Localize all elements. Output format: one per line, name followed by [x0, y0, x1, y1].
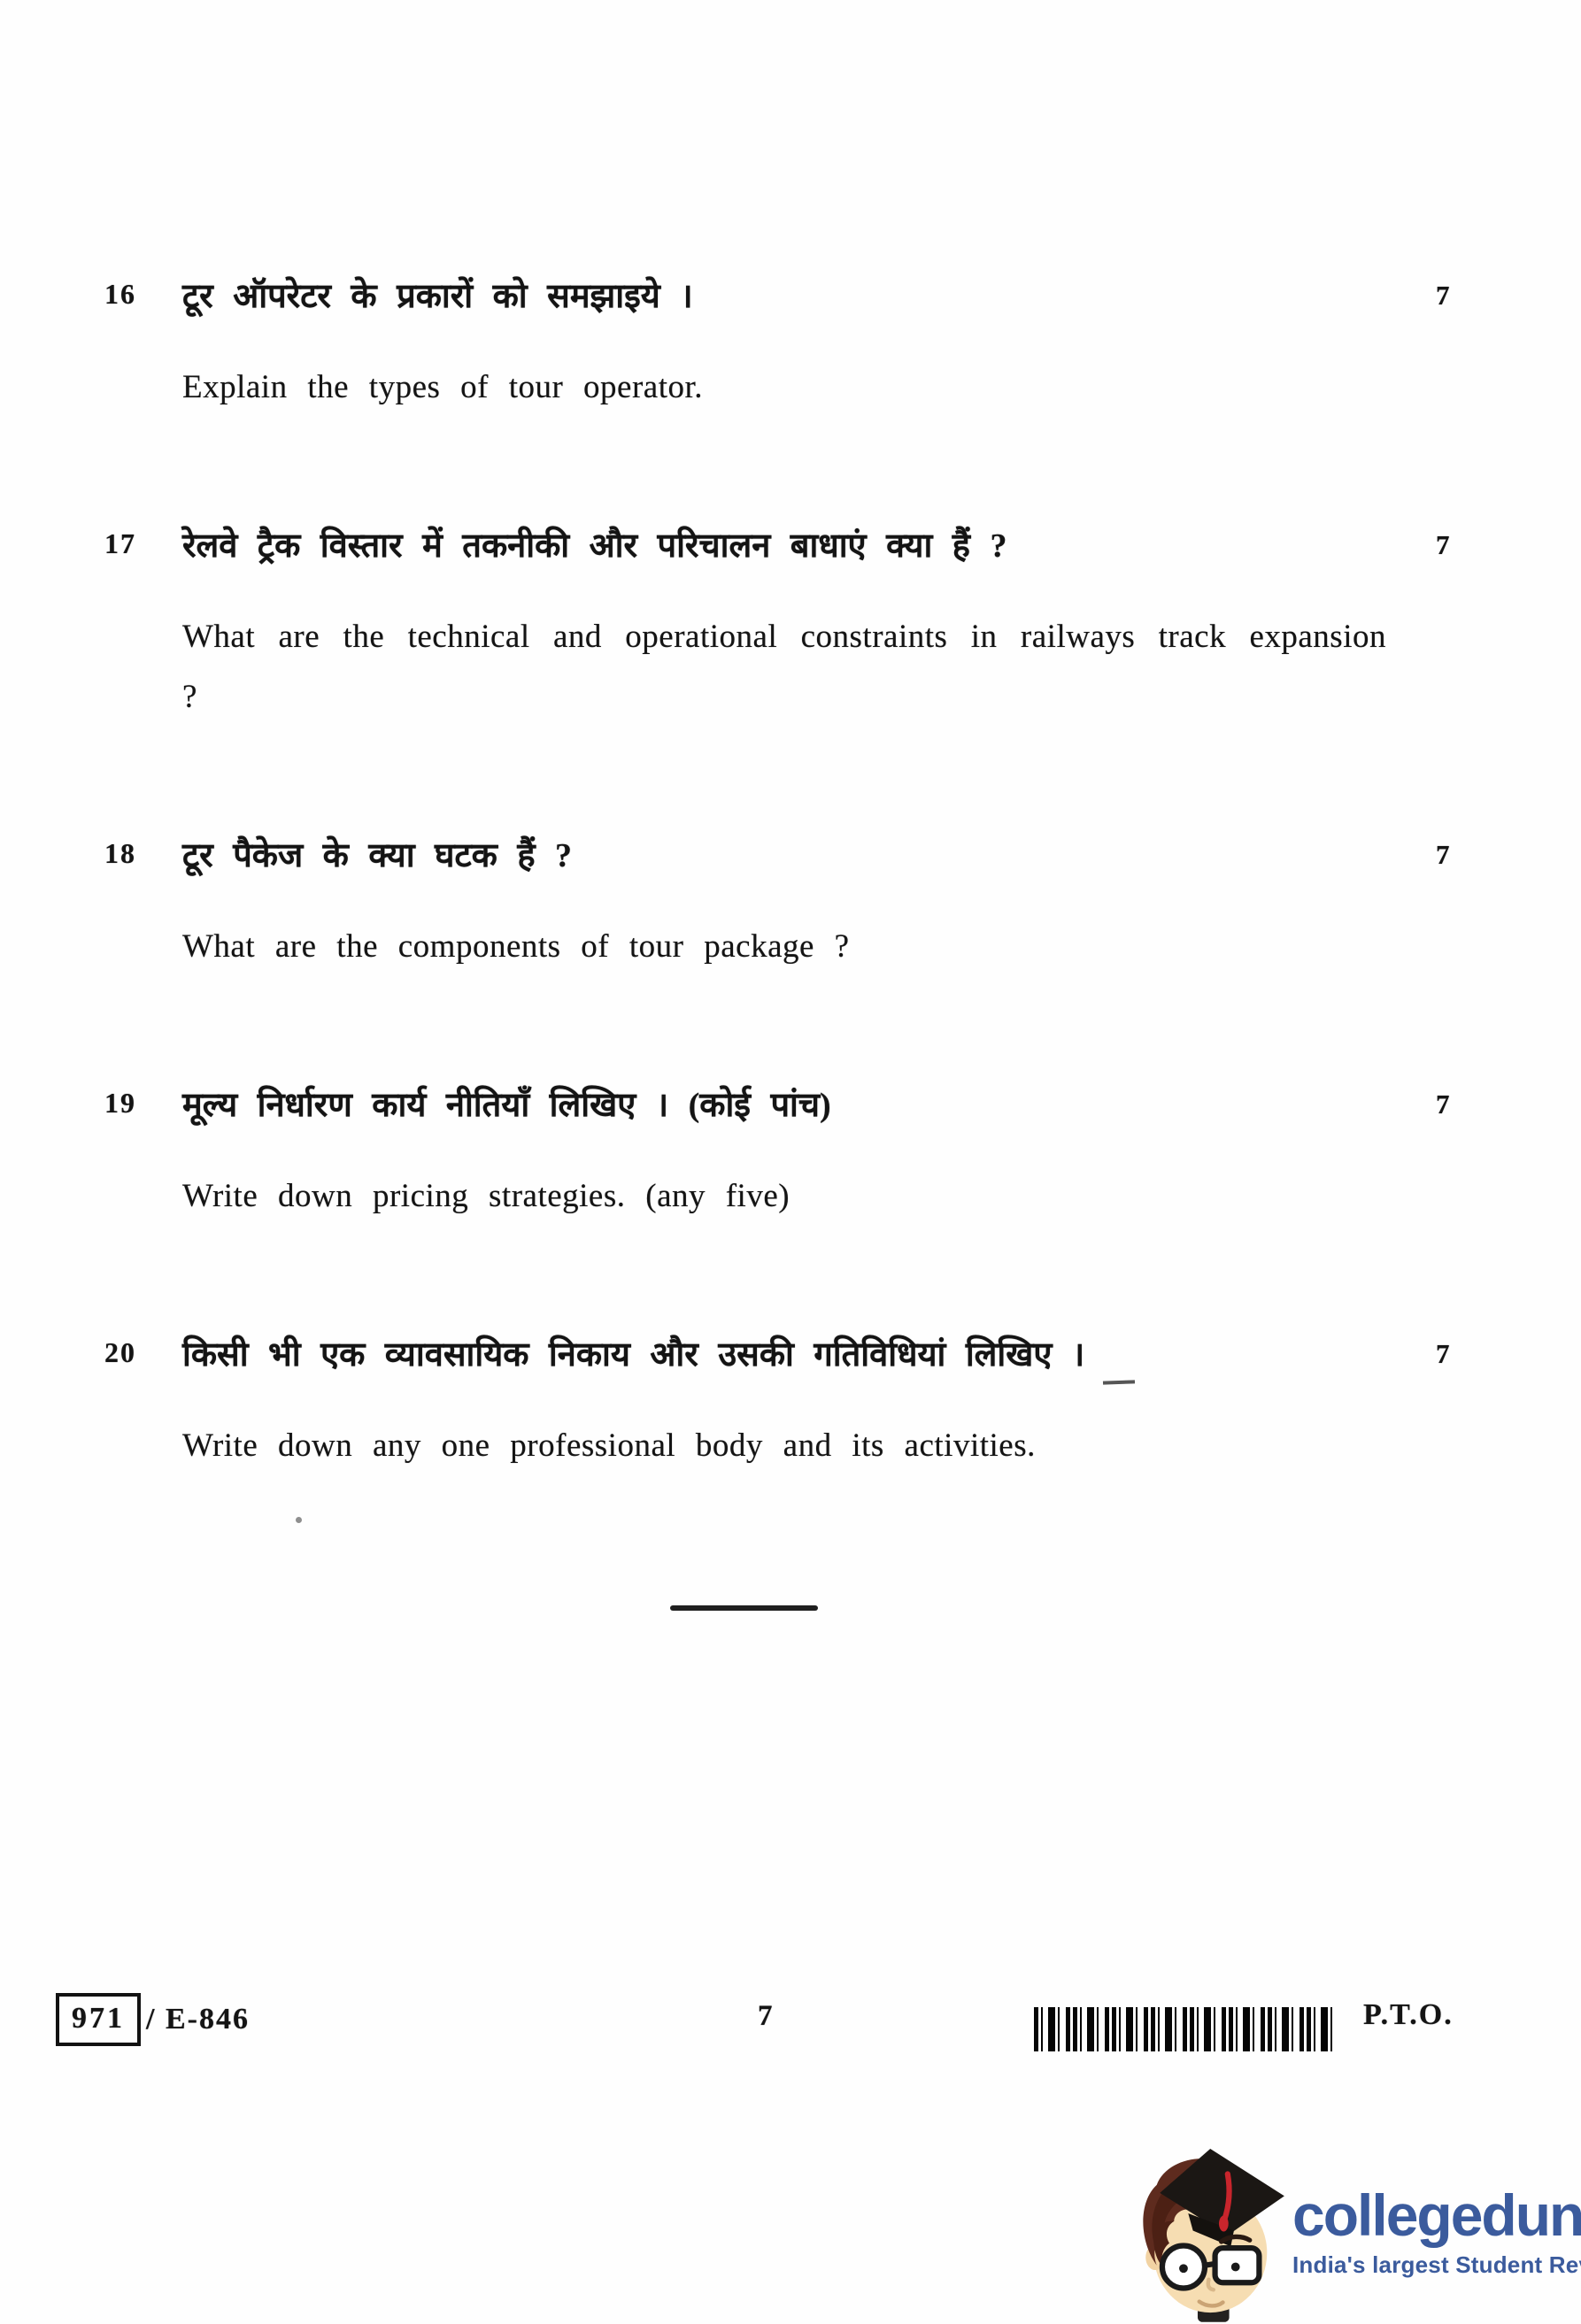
- question-block: 17 रेलवे ट्रैक विस्तार में तकनीकी और परि…: [0, 522, 1581, 727]
- question-text-english: Explain the types of tour operator.: [182, 358, 1386, 418]
- collegedunia-mascot-icon: [1133, 2147, 1291, 2322]
- brand-name: collegedunia: [1292, 2186, 1581, 2244]
- pto-label: P.T.O.: [1363, 1998, 1454, 2032]
- section-divider-line: [670, 1605, 818, 1611]
- question-number: 16: [104, 273, 182, 311]
- exam-paper-page: 16 टूर ऑपरेटर के प्रकारों को समझाइये । E…: [0, 0, 1581, 2324]
- questions-list: 16 टूर ऑपरेटर के प्रकारों को समझाइये । E…: [0, 273, 1581, 1581]
- question-number: 17: [104, 522, 182, 560]
- question-text-hindi: किसी भी एक व्यावसायिक निकाय और उसकी गतिव…: [182, 1331, 1386, 1379]
- question-text-hindi: रेलवे ट्रैक विस्तार में तकनीकी और परिचाल…: [182, 522, 1386, 570]
- question-marks: 7: [1386, 832, 1581, 871]
- question-text-english: What are the technical and operational c…: [182, 607, 1386, 727]
- question-body: किसी भी एक व्यावसायिक निकाय और उसकी गतिव…: [182, 1331, 1386, 1476]
- page-footer: 971 / E-846 7 P.T.O.: [0, 1988, 1581, 2067]
- question-body: टूर ऑपरेटर के प्रकारों को समझाइये । Expl…: [182, 273, 1386, 418]
- question-body: टूर पैकेज के क्या घटक हैं ? What are the…: [182, 832, 1386, 977]
- collegedunia-watermark: collegedunia .com India's largest Studen…: [1133, 2142, 1569, 2322]
- scan-speck: [296, 1517, 302, 1523]
- question-marks: 7: [1386, 273, 1581, 312]
- question-number: 20: [104, 1331, 182, 1369]
- barcode: [1034, 2007, 1337, 2051]
- question-marks: 7: [1386, 1331, 1581, 1370]
- question-text-hindi: मूल्य निर्धारण कार्य नीतियाँ लिखिए । (को…: [182, 1081, 1386, 1129]
- page-number: 7: [758, 2000, 773, 2033]
- question-text-hindi: टूर ऑपरेटर के प्रकारों को समझाइये ।: [182, 273, 1386, 320]
- question-body: मूल्य निर्धारण कार्य नीतियाँ लिखिए । (को…: [182, 1081, 1386, 1227]
- question-block: 16 टूर ऑपरेटर के प्रकारों को समझाइये । E…: [0, 273, 1581, 418]
- question-block: 20 किसी भी एक व्यावसायिक निकाय और उसकी ग…: [0, 1331, 1581, 1476]
- question-text-english: Write down pricing strategies. (any five…: [182, 1166, 1386, 1227]
- brand-tagline: India's largest Student Review Platform: [1292, 2251, 1581, 2279]
- question-block: 19 मूल्य निर्धारण कार्य नीतियाँ लिखिए । …: [0, 1081, 1581, 1227]
- question-marks: 7: [1386, 522, 1581, 561]
- question-number: 19: [104, 1081, 182, 1120]
- paper-code: 971 / E-846: [56, 1993, 250, 2046]
- paper-number-boxed: 971: [56, 1993, 141, 2046]
- question-block: 18 टूर पैकेज के क्या घटक हैं ? What are …: [0, 832, 1581, 977]
- question-text-english: Write down any one professional body and…: [182, 1416, 1386, 1476]
- question-marks: 7: [1386, 1081, 1581, 1120]
- question-number: 18: [104, 832, 182, 870]
- paper-code-text: / E-846: [146, 2003, 250, 2036]
- question-text-hindi: टूर पैकेज के क्या घटक हैं ?: [182, 832, 1386, 880]
- question-text-english: What are the components of tour package …: [182, 917, 1386, 977]
- question-body: रेलवे ट्रैक विस्तार में तकनीकी और परिचाल…: [182, 522, 1386, 727]
